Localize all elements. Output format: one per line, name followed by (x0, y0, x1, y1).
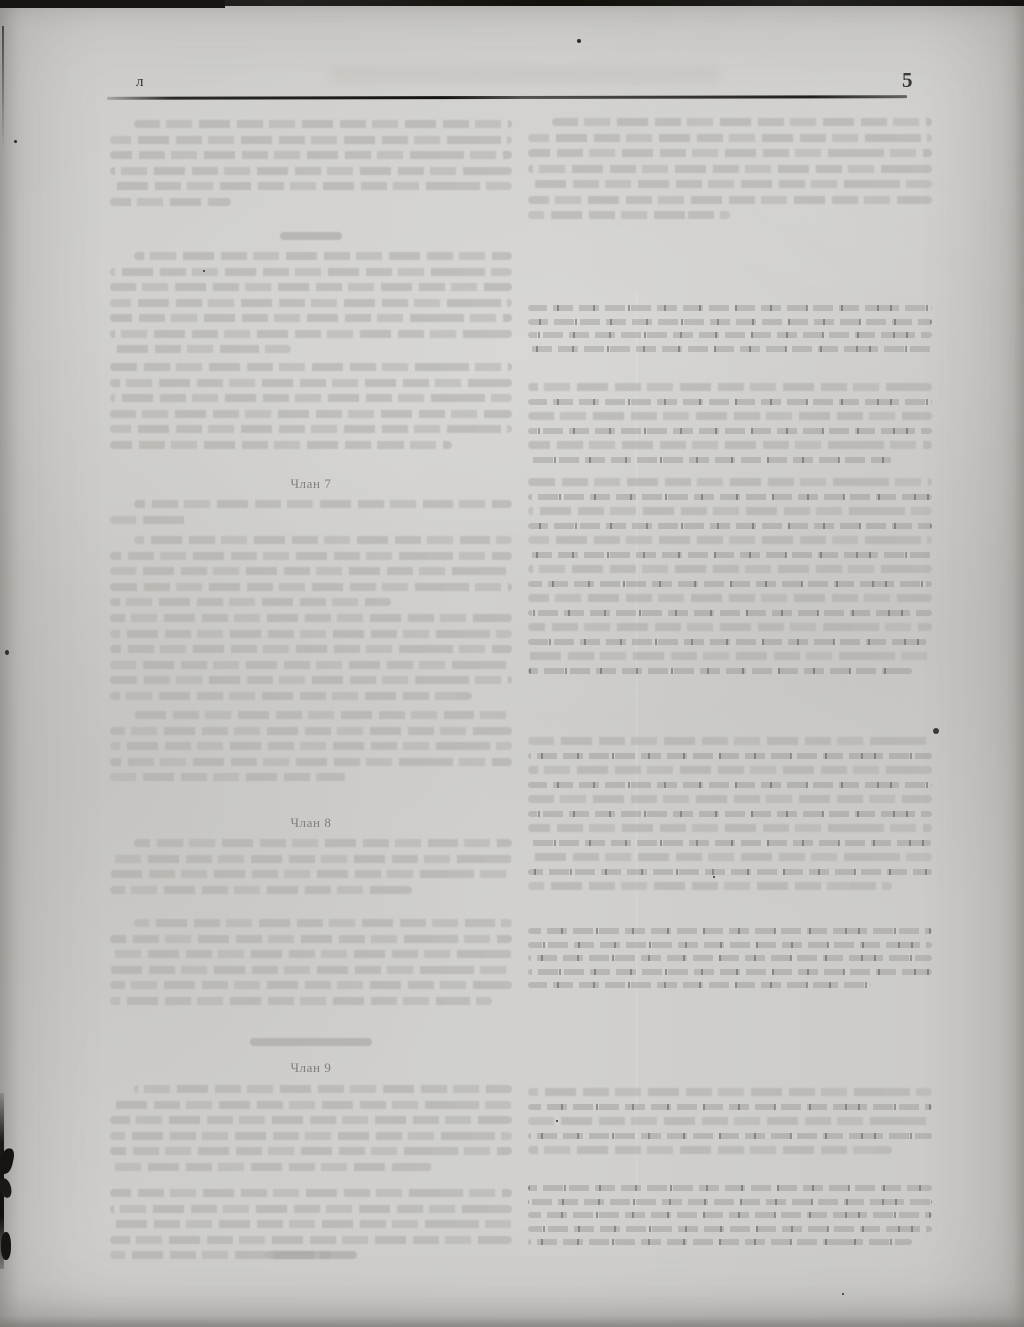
illegible-text-line (528, 1088, 932, 1096)
illegible-text-line (110, 742, 512, 750)
illegible-heading (265, 1251, 357, 1259)
illegible-text-line (110, 645, 512, 653)
illegible-text-line (528, 623, 932, 631)
illegible-text-line (528, 668, 912, 674)
illegible-text-line (528, 840, 932, 846)
illegible-text-line (110, 283, 512, 291)
illegible-text-line (528, 552, 932, 558)
illegible-text-line (110, 598, 391, 606)
illegible-text-line (134, 1085, 512, 1093)
illegible-text-line (528, 383, 932, 391)
illegible-text-line (528, 811, 932, 817)
illegible-text-line (110, 516, 190, 524)
illegible-text-line (528, 507, 932, 515)
illegible-text-line (528, 766, 932, 774)
illegible-text-line (110, 1189, 512, 1197)
ink-blot (1, 1232, 11, 1260)
illegible-text-line (110, 870, 512, 878)
illegible-paragraph (110, 252, 512, 361)
illegible-text-line (528, 523, 932, 529)
illegible-paragraph (110, 363, 512, 456)
illegible-text-line (134, 252, 512, 260)
illegible-text-line (110, 167, 512, 175)
illegible-text-line (110, 1147, 512, 1155)
article-heading: Члан 8 (110, 815, 512, 831)
illegible-text-line (110, 268, 512, 276)
illegible-paragraph (528, 118, 932, 227)
illegible-text-line (528, 1199, 932, 1205)
illegible-text-line (528, 1104, 932, 1110)
illegible-text-line (528, 1226, 932, 1232)
illegible-text-line (110, 966, 512, 974)
illegible-text-line (528, 639, 932, 645)
illegible-text-line (134, 500, 512, 508)
illegible-text-line (528, 319, 932, 325)
illegible-paragraph (528, 383, 932, 470)
illegible-text-line (528, 969, 932, 975)
illegible-paragraph (110, 120, 512, 213)
illegible-text-line (528, 882, 892, 890)
illegible-text-line (134, 120, 512, 128)
illegible-text-line (110, 552, 512, 560)
illegible-text-line (110, 182, 512, 190)
illegible-paragraph (528, 1185, 932, 1253)
illegible-text-line (134, 839, 512, 847)
illegible-text-line (528, 737, 932, 745)
ink-speck (933, 728, 939, 734)
illegible-text-line (528, 782, 932, 788)
illegible-text-line (528, 1133, 932, 1139)
illegible-text-line (110, 1236, 512, 1244)
illegible-text-line (110, 441, 452, 449)
illegible-text-line (528, 478, 932, 486)
illegible-text-line (110, 692, 472, 700)
ink-speck (14, 140, 17, 143)
illegible-text-line (528, 1239, 912, 1245)
illegible-text-line (528, 346, 932, 352)
illegible-text-line (528, 457, 892, 463)
illegible-paragraph (110, 500, 512, 531)
illegible-text-line (110, 727, 512, 735)
illegible-text-line (110, 758, 512, 766)
illegible-text-line (110, 136, 512, 144)
illegible-text-line (110, 935, 512, 943)
article-heading: Члан 7 (110, 476, 512, 492)
illegible-text-line (110, 630, 512, 638)
illegible-text-line (110, 1163, 432, 1171)
illegible-text-line (528, 594, 932, 602)
illegible-text-line (528, 412, 932, 420)
scan-edge-left (2, 26, 4, 151)
illegible-text-line (110, 394, 512, 402)
illegible-text-line (528, 165, 932, 173)
illegible-text-line (528, 652, 932, 660)
illegible-text-line (552, 118, 932, 126)
illegible-text-line (110, 567, 512, 575)
illegible-text-line (110, 198, 231, 206)
illegible-text-line (528, 581, 932, 587)
illegible-text-line (134, 536, 512, 544)
illegible-paragraph (528, 1088, 932, 1162)
illegible-text-line (528, 853, 932, 861)
illegible-text-line (110, 363, 512, 371)
illegible-text-line (110, 1116, 512, 1124)
illegible-text-line (528, 134, 932, 142)
article-heading: Члан 9 (110, 1060, 512, 1076)
illegible-text-line (528, 795, 932, 803)
illegible-text-line (110, 661, 512, 669)
right-column (528, 0, 932, 1327)
illegible-paragraph (110, 711, 512, 789)
illegible-text-line (110, 886, 412, 894)
illegible-text-line (110, 299, 512, 307)
ink-speck (842, 1293, 844, 1295)
illegible-heading (280, 232, 342, 240)
left-column: Члан 7Члан 8Члан 9 (110, 0, 512, 1327)
illegible-paragraph (110, 839, 512, 901)
illegible-text-line (528, 1146, 892, 1154)
illegible-text-line (528, 494, 932, 500)
illegible-text-line (110, 379, 512, 387)
illegible-text-line (110, 1205, 512, 1213)
illegible-text-line (528, 196, 932, 204)
illegible-text-line (528, 305, 932, 311)
illegible-text-line (528, 869, 932, 875)
illegible-text-line (110, 676, 512, 684)
illegible-text-line (110, 583, 512, 591)
illegible-heading (250, 1038, 372, 1046)
illegible-text-line (528, 565, 932, 573)
illegible-paragraph (110, 614, 512, 707)
illegible-text-line (134, 919, 512, 927)
illegible-text-line (528, 824, 932, 832)
ink-speck (556, 1120, 558, 1122)
illegible-paragraph (110, 536, 512, 614)
illegible-text-line (110, 1132, 512, 1140)
illegible-text-line (110, 997, 492, 1005)
ink-speck (577, 39, 581, 43)
illegible-text-line (528, 399, 932, 405)
illegible-text-line (110, 410, 512, 418)
illegible-text-line (110, 614, 512, 622)
illegible-text-line (528, 942, 932, 948)
illegible-text-line (528, 753, 932, 759)
illegible-text-line (110, 151, 512, 159)
illegible-paragraph (528, 478, 932, 681)
illegible-text-line (134, 711, 512, 719)
illegible-text-line (528, 428, 932, 434)
illegible-text-line (110, 425, 512, 433)
illegible-text-line (528, 149, 932, 157)
illegible-text-line (110, 1101, 512, 1109)
illegible-paragraph (528, 305, 932, 359)
illegible-text-line (110, 773, 351, 781)
illegible-text-line (528, 610, 932, 616)
illegible-text-line (528, 332, 932, 338)
ink-speck (713, 876, 715, 878)
illegible-text-line (110, 981, 512, 989)
illegible-text-line (528, 441, 932, 449)
illegible-text-line (110, 855, 512, 863)
illegible-text-line (110, 345, 291, 353)
illegible-text-line (528, 1117, 932, 1125)
ink-speck (203, 270, 205, 272)
illegible-text-line (528, 982, 871, 988)
illegible-text-line (528, 180, 932, 188)
illegible-paragraph (110, 1085, 512, 1178)
illegible-text-line (110, 950, 512, 958)
illegible-text-line (528, 928, 932, 934)
illegible-text-line (528, 536, 932, 544)
illegible-paragraph (528, 928, 932, 996)
illegible-text-line (110, 314, 512, 322)
illegible-paragraph (528, 737, 932, 898)
ink-speck (5, 650, 9, 655)
illegible-text-line (528, 1185, 932, 1191)
scanned-gazette-page: л 5 Члан 7Члан 8Члан 9 (0, 0, 1024, 1327)
illegible-paragraph (110, 919, 512, 1012)
illegible-text-line (528, 211, 730, 219)
illegible-text-line (110, 330, 512, 338)
illegible-text-line (528, 1212, 932, 1218)
illegible-text-line (110, 1220, 512, 1228)
illegible-text-line (528, 955, 932, 961)
